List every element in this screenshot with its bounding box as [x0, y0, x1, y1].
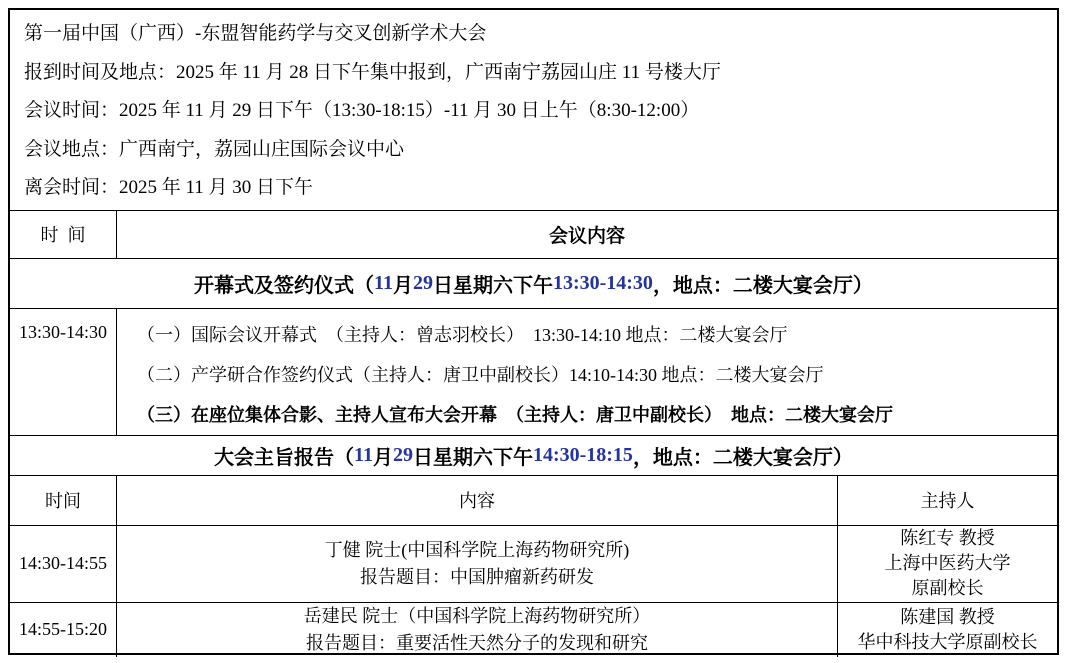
- banner-day: 29: [413, 272, 433, 295]
- keynote-row: 14:55-15:20 岳建民 院士（中国科学院上海药物研究所） 报告题目：重要…: [10, 603, 1057, 657]
- conference-title: 第一届中国（广西）-东盟智能药学与交叉创新学术大会: [24, 15, 1043, 54]
- conference-schedule-table: 第一届中国（广西）-东盟智能药学与交叉创新学术大会 报到时间及地点：2025 年…: [8, 8, 1059, 655]
- keynote-section-banner: 大会主旨报告（11 月 29 日星期六下午 14:30-18:15，地点：二楼大…: [10, 436, 1057, 476]
- chair-affiliation: 上海中医药大学: [885, 551, 1011, 576]
- table-header-row-1: 时间 会议内容: [10, 211, 1057, 259]
- keynote-content-cell: 岳建民 院士（中国科学院上海药物研究所） 报告题目：重要活性天然分子的发现和研究: [117, 603, 837, 657]
- chair-title: 原副校长: [912, 576, 984, 601]
- chair-affiliation: 华中科技大学原副校长: [858, 630, 1038, 655]
- time-cell: 14:30-14:55: [10, 526, 117, 602]
- opening-item-1: （一）国际会议开幕式 （主持人：曾志羽校长） 13:30-14:10 地点：二楼…: [137, 315, 788, 355]
- keynote-row: 14:30-14:55 丁健 院士(中国科学院上海药物研究所) 报告题目：中国肿…: [10, 526, 1057, 603]
- chair-cell: 陈建国 教授 华中科技大学原副校长: [837, 603, 1057, 657]
- talk-title-line: 报告题目：中国肿瘤新药研发: [360, 564, 594, 591]
- opening-items-cell: （一）国际会议开幕式 （主持人：曾志羽校长） 13:30-14:10 地点：二楼…: [117, 309, 1057, 435]
- banner-day: 29: [393, 444, 413, 467]
- keynote-content-cell: 丁健 院士(中国科学院上海药物研究所) 报告题目：中国肿瘤新药研发: [117, 526, 837, 602]
- banner-text: ，地点：二楼大宴会厅）: [653, 269, 873, 298]
- opening-item-2: （二）产学研合作签约仪式（主持人：唐卫中副校长）14:10-14:30 地点：二…: [137, 355, 824, 395]
- meeting-venue-info: 会议地点：广西南宁，荔园山庄国际会议中心: [24, 131, 1043, 170]
- header-time-cell: 时间: [10, 211, 117, 258]
- banner-text: 月: [393, 269, 413, 298]
- banner-timerange: 14:30-18:15: [533, 444, 633, 467]
- banner-text: 月: [373, 441, 393, 470]
- banner-month: 11: [374, 272, 393, 295]
- conference-info-block: 第一届中国（广西）-东盟智能药学与交叉创新学术大会 报到时间及地点：2025 年…: [10, 10, 1057, 211]
- talk-title-line: 报告题目：重要活性天然分子的发现和研究: [306, 630, 648, 657]
- banner-text: 大会主旨报告（: [214, 441, 354, 470]
- chair-cell: 陈红专 教授 上海中医药大学 原副校长: [837, 526, 1057, 602]
- banner-month: 11: [354, 444, 373, 467]
- banner-text: ，地点：二楼大宴会厅）: [633, 441, 853, 470]
- opening-ceremony-row: 13:30-14:30 （一）国际会议开幕式 （主持人：曾志羽校长） 13:30…: [10, 309, 1057, 436]
- time-cell: 14:55-15:20: [10, 603, 117, 657]
- opening-item-3: （三）在座位集体合影、主持人宣布大会开幕 （主持人：唐卫中副校长） 地点：二楼大…: [137, 395, 893, 435]
- speaker-line: 丁健 院士(中国科学院上海药物研究所): [325, 537, 630, 564]
- speaker-line: 岳建民 院士（中国科学院上海药物研究所）: [304, 603, 651, 630]
- table-header-row-2: 时间 内容 主持人: [10, 476, 1057, 526]
- banner-text: 日星期六下午: [413, 441, 533, 470]
- header-content-cell: 内容: [117, 476, 837, 525]
- header-time-cell: 时间: [10, 476, 117, 525]
- registration-info: 报到时间及地点：2025 年 11 月 28 日下午集中报到，广西南宁荔园山庄 …: [24, 54, 1043, 93]
- time-cell: 13:30-14:30: [10, 309, 117, 435]
- opening-section-banner: 开幕式及签约仪式（11 月 29 日星期六下午 13:30-14:30，地点：二…: [10, 259, 1057, 309]
- header-content-cell: 会议内容: [117, 211, 1057, 258]
- meeting-time-info: 会议时间：2025 年 11 月 29 日下午（13:30-18:15）-11 …: [24, 92, 1043, 131]
- banner-timerange: 13:30-14:30: [553, 272, 653, 295]
- banner-text: 开幕式及签约仪式（: [194, 269, 374, 298]
- banner-text: 日星期六下午: [433, 269, 553, 298]
- chair-name: 陈建国 教授: [900, 605, 995, 630]
- departure-time-info: 离会时间：2025 年 11 月 30 日下午: [24, 169, 1043, 208]
- header-chair-cell: 主持人: [837, 476, 1057, 525]
- chair-name: 陈红专 教授: [900, 526, 995, 551]
- document-page: 第一届中国（广西）-东盟智能药学与交叉创新学术大会 报到时间及地点：2025 年…: [0, 0, 1067, 663]
